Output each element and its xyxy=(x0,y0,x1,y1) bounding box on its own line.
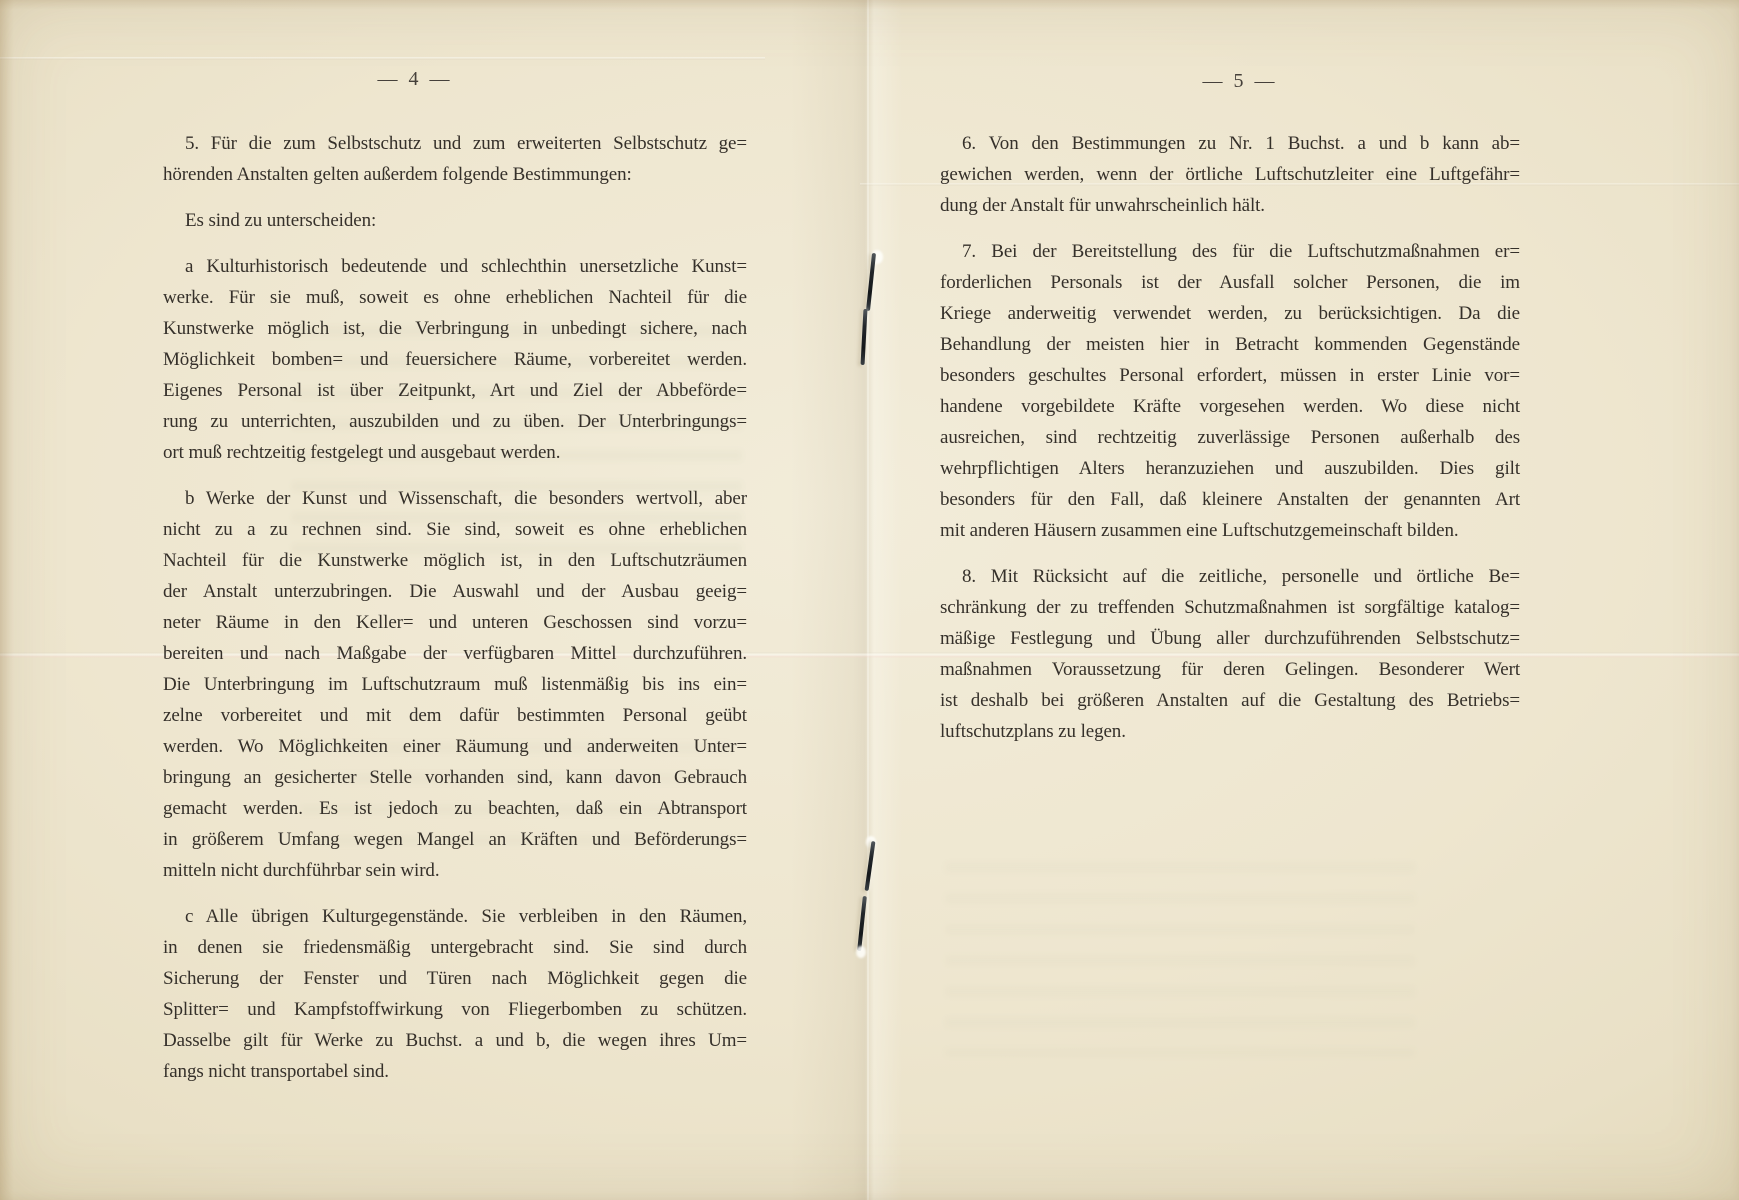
text-line: dung der Anstalt für unwahrscheinlich hä… xyxy=(940,190,1520,221)
text-line: der Anstalt unterzubringen. Die Auswahl … xyxy=(163,576,747,607)
text-line: ort muß rechtzeitig festgelegt und ausge… xyxy=(163,437,747,468)
text-line: mäßige Festlegung und Übung aller durchz… xyxy=(940,623,1520,654)
text-line: gewichen werden, wenn der örtliche Lufts… xyxy=(940,159,1520,190)
text-line: 5. Für die zum Selbstschutz und zum erwe… xyxy=(163,128,747,159)
fold-highlight-line xyxy=(867,0,869,1200)
text-line: forderlichen Personals ist der Ausfall s… xyxy=(940,267,1520,298)
text-line: hörenden Anstalten gelten außerdem folge… xyxy=(163,159,747,190)
text-line: 7. Bei der Bereitstellung des für die Lu… xyxy=(940,236,1520,267)
text-line: mitteln nicht durchführbar sein wird. xyxy=(163,855,747,886)
text-line: Nachteil für die Kunstwerke möglich ist,… xyxy=(163,545,747,576)
text-line: bringung an gesicherter Stelle vorhanden… xyxy=(163,762,747,793)
paragraph: a Kulturhistorisch bedeutende und schlec… xyxy=(163,251,747,468)
text-line: b Werke der Kunst und Wissenschaft, die … xyxy=(163,483,747,514)
text-line: Möglichkeit bomben= und feuersichere Räu… xyxy=(163,344,747,375)
text-line: Behandlung der meisten hier in Betracht … xyxy=(940,329,1520,360)
text-line: Sicherung der Fenster und Türen nach Mög… xyxy=(163,963,747,994)
text-line: nicht zu a zu rechnen sind. Sie sind, so… xyxy=(163,514,747,545)
text-line: Splitter= und Kampfstoffwirkung von Flie… xyxy=(163,994,747,1025)
show-through-ghost-right xyxy=(945,862,1415,1057)
text-line: luftschutzplans zu legen. xyxy=(940,716,1520,747)
text-line: Kunstwerke möglich ist, die Verbringung … xyxy=(163,313,747,344)
text-line: 8. Mit Rücksicht auf die zeitliche, pers… xyxy=(940,561,1520,592)
text-line: werke. Für sie muß, soweit es ohne erheb… xyxy=(163,282,747,313)
text-line: ist deshalb bei größeren Anstalten auf d… xyxy=(940,685,1520,716)
text-line: gemacht werden. Es ist jedoch zu beachte… xyxy=(163,793,747,824)
page-number-right: — 5 — xyxy=(1160,70,1320,93)
paragraph: 5. Für die zum Selbstschutz und zum erwe… xyxy=(163,128,747,190)
scan-top-edge-shadow xyxy=(0,0,1739,10)
paragraph: 7. Bei der Bereitstellung des für die Lu… xyxy=(940,236,1520,546)
text-line: handene vorgebildete Kräfte vorgesehen w… xyxy=(940,391,1520,422)
page-left-text: 5. Für die zum Selbstschutz und zum erwe… xyxy=(163,128,747,1102)
text-line: zelne vorbereitet und mit dem dafür best… xyxy=(163,700,747,731)
text-line: Kriege anderweitig verwendet werden, zu … xyxy=(940,298,1520,329)
text-line: werden. Wo Möglichkeiten einer Räumung u… xyxy=(163,731,747,762)
text-line: rung zu unterrichten, auszubilden und zu… xyxy=(163,406,747,437)
text-line: 6. Von den Bestimmungen zu Nr. 1 Buchst.… xyxy=(940,128,1520,159)
text-line: ausreichen, sind rechtzeitig zuverlässig… xyxy=(940,422,1520,453)
text-line: wehrpflichtigen Alters heranzuziehen und… xyxy=(940,453,1520,484)
text-line: schränkung der zu treffenden Schutzmaßna… xyxy=(940,592,1520,623)
page-number-left: — 4 — xyxy=(335,68,495,91)
scan-left-edge-shadow xyxy=(0,0,14,1200)
paragraph: 8. Mit Rücksicht auf die zeitliche, pers… xyxy=(940,561,1520,747)
text-line: bereiten und nach Maßgabe der verfügbare… xyxy=(163,638,747,669)
page-gutter-fold xyxy=(790,0,940,1200)
text-line: Die Unterbringung im Luftschutzraum muß … xyxy=(163,669,747,700)
text-line: neter Räume in den Keller= und unteren G… xyxy=(163,607,747,638)
text-line: in denen sie friedensmäßig untergebracht… xyxy=(163,932,747,963)
text-line: mit anderen Häusern zusammen eine Luftsc… xyxy=(940,515,1520,546)
text-line: fangs nicht transportabel sind. xyxy=(163,1056,747,1087)
text-line: a Kulturhistorisch bedeutende und schlec… xyxy=(163,251,747,282)
text-line: besonders für den Fall, daß kleinere Ans… xyxy=(940,484,1520,515)
paragraph: Es sind zu unterscheiden: xyxy=(163,205,747,236)
text-line: besonders geschultes Personal erfordert,… xyxy=(940,360,1520,391)
text-line: Dasselbe gilt für Werke zu Buchst. a und… xyxy=(163,1025,747,1056)
scanned-document-spread: { "document": { "language": "de", "left_… xyxy=(0,0,1739,1200)
text-line: c Alle übrigen Kulturgegenstände. Sie ve… xyxy=(163,901,747,932)
text-line: in größerem Umfang wegen Mangel an Kräft… xyxy=(163,824,747,855)
paragraph: 6. Von den Bestimmungen zu Nr. 1 Buchst.… xyxy=(940,128,1520,221)
page-right-text: 6. Von den Bestimmungen zu Nr. 1 Buchst.… xyxy=(940,128,1520,762)
paragraph: b Werke der Kunst und Wissenschaft, die … xyxy=(163,483,747,886)
text-line: Es sind zu unterscheiden: xyxy=(163,205,747,236)
fold-crease-top-left xyxy=(0,57,765,60)
text-line: Eigenes Personal ist über Zeitpunkt, Art… xyxy=(163,375,747,406)
paragraph: c Alle übrigen Kulturgegenstände. Sie ve… xyxy=(163,901,747,1087)
text-line: maßnahmen Voraussetzung für deren Geling… xyxy=(940,654,1520,685)
